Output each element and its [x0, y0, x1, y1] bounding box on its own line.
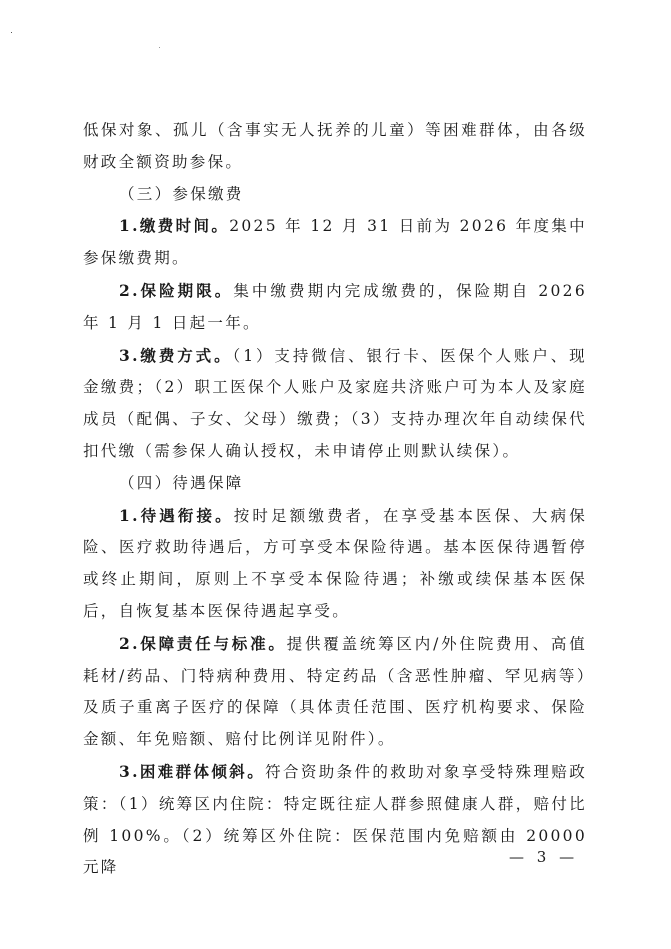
page-number: — 3 —	[509, 848, 578, 866]
paragraph-continuation: 低保对象、孤儿（含事实无人抚养的儿童）等困难群体，由各级财政全额资助参保。	[83, 115, 587, 179]
document-page: 低保对象、孤儿（含事实无人抚养的儿童）等困难群体，由各级财政全额资助参保。 （三…	[0, 0, 671, 949]
scan-speck	[11, 32, 12, 33]
item-title: 3.缴费方式。	[119, 346, 233, 365]
scan-speck	[159, 47, 160, 48]
document-body: 低保对象、孤儿（含事实无人抚养的儿童）等困难群体，由各级财政全额资助参保。 （三…	[83, 115, 587, 884]
item-benefit-connection: 1.待遇衔接。按时足额缴费者，在享受基本医保、大病保险、医疗救助待遇后，方可享受…	[83, 500, 587, 628]
item-payment-time: 1.缴费时间。2025 年 12 月 31 日前为 2026 年度集中参保缴费期…	[83, 210, 587, 275]
item-title: 2.保险期限。	[119, 281, 233, 300]
section-heading-benefits: （四）待遇保障	[83, 468, 587, 500]
item-title: 3.困难群体倾斜。	[119, 762, 265, 781]
item-title: 1.缴费时间。	[119, 216, 229, 235]
item-title: 2.保障责任与标准。	[119, 634, 287, 653]
item-coverage-standard: 2.保障责任与标准。提供覆盖统筹区内/外住院费用、高值耗材/药品、门特病种费用、…	[83, 628, 587, 756]
section-heading-payment: （三）参保缴费	[83, 179, 587, 211]
item-payment-method: 3.缴费方式。（1）支持微信、银行卡、医保个人账户、现金缴费；（2）职工医保个人…	[83, 340, 587, 468]
item-title: 1.待遇衔接。	[119, 506, 234, 525]
section-heading-text: （四）待遇保障	[119, 474, 244, 492]
section-heading-text: （三）参保缴费	[119, 185, 244, 203]
item-insurance-period: 2.保险期限。集中缴费期内完成缴费的，保险期自 2026 年 1 月 1 日起一…	[83, 275, 587, 340]
paragraph-text: 低保对象、孤儿（含事实无人抚养的儿童）等困难群体，由各级财政全额资助参保。	[83, 121, 587, 171]
